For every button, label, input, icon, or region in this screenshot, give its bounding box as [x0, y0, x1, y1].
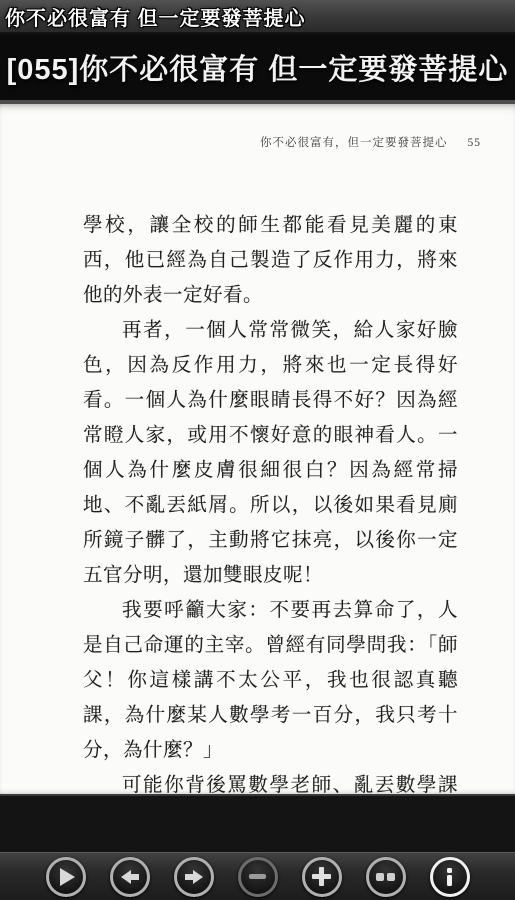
- arrow-left-icon: [121, 870, 139, 884]
- book-page[interactable]: 你不必很富有，但一定要發菩提心 55 學校，讓全校的師生都能看見美麗的東西，他已…: [0, 104, 515, 794]
- page-body-text: 學校，讓全校的師生都能看見美麗的東西，他已經為自己製造了反作用力，將來他的外表一…: [0, 208, 515, 794]
- arrow-right-icon: [185, 870, 203, 884]
- prev-page-button[interactable]: [110, 857, 150, 897]
- status-bar: 你不必很富有 但一定要發菩提心: [0, 0, 515, 34]
- status-bar-title: 你不必很富有 但一定要發菩提心: [5, 2, 306, 31]
- play-icon: [56, 868, 75, 886]
- body-paragraph: 學校，讓全校的師生都能看見美麗的東西，他已經為自己製造了反作用力，將來他的外表一…: [83, 208, 458, 313]
- play-button[interactable]: [46, 857, 86, 897]
- chapter-header-bar: [055]你不必很富有 但一定要發菩提心: [0, 34, 515, 104]
- plus-icon: [312, 867, 331, 886]
- info-icon: [447, 868, 452, 886]
- body-paragraph: 再者，一個人常常微笑，給人家好臉色，因為反作用力，將來也一定長得好看。一個人為什…: [83, 313, 458, 593]
- pages-icon: [376, 873, 395, 881]
- zoom-in-button[interactable]: [302, 857, 342, 897]
- page-number: 55: [468, 137, 482, 149]
- reader-toolbar: [0, 852, 515, 900]
- pages-view-button[interactable]: [366, 857, 406, 897]
- reader-app-screen: 你不必很富有 但一定要發菩提心 [055]你不必很富有 但一定要發菩提心 你不必…: [0, 0, 515, 900]
- bottom-gap: [0, 794, 515, 852]
- info-button[interactable]: [430, 857, 470, 897]
- chapter-title: [055]你不必很富有 但一定要發菩提心: [7, 47, 509, 88]
- body-paragraph: 我要呼籲大家：不要再去算命了，人是自己命運的主宰。曾經有同學問我：「師父！你這樣…: [83, 593, 458, 768]
- minus-icon: [249, 874, 266, 879]
- body-paragraph: 可能你背後罵數學老師、亂丟數學課本，你的數學就滿江紅；如果你尊敬數學老師，而且尊: [83, 768, 458, 794]
- next-page-button[interactable]: [174, 857, 214, 897]
- running-header: 你不必很富有，但一定要發菩提心 55: [0, 134, 515, 150]
- running-header-title: 你不必很富有，但一定要發菩提心: [260, 134, 448, 150]
- zoom-out-button[interactable]: [238, 857, 278, 897]
